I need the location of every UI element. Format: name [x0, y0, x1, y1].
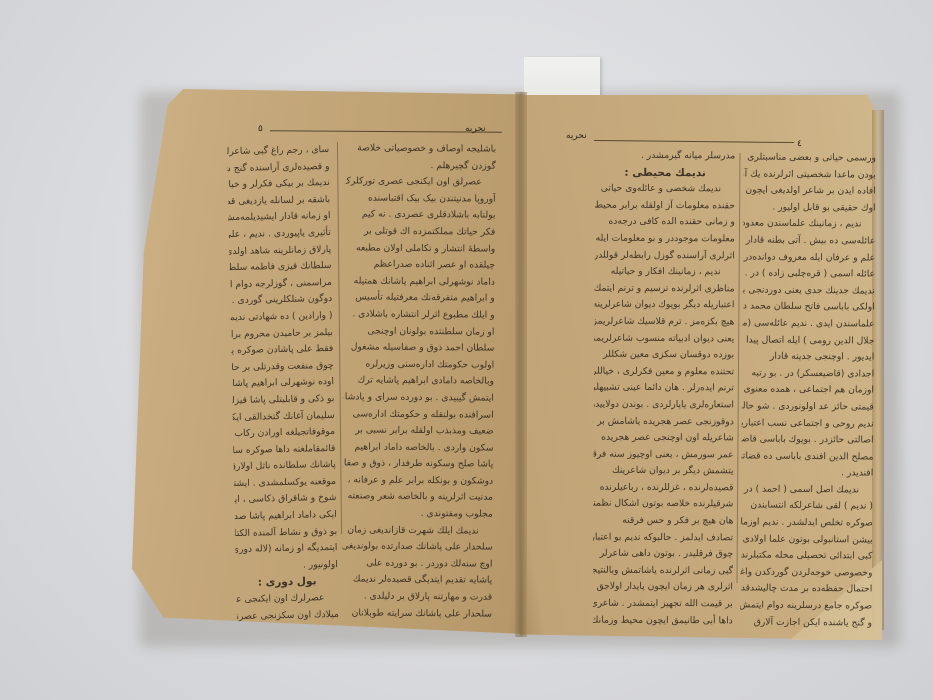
text-line: یتشمش دیگر بر دیوان شاعرینك	[594, 463, 734, 480]
left-page-left-column: سای ، رجم راغ گبی شاعرلرك عزیزیو قصیده‌ل…	[227, 142, 339, 625]
right-running-head: نحریه	[566, 131, 587, 141]
text-line: چیلقده او عصر اثناده صدراعظم	[345, 257, 495, 275]
text-line: علماسندن ایدی . ندیم عائله‌سی (مولانا	[743, 315, 875, 333]
text-line: هیچ بکزه‌مز . ترم قلاسیك شاعرلریمزك ،	[594, 314, 734, 331]
text-line: گوزدن گچیرهلم .	[346, 157, 496, 175]
text-line: سلطان احمد ذوق و صفاسیله مشغول	[344, 339, 494, 357]
text-line: میلادك اون سکزنجی عصرنده اوچنجی	[237, 607, 339, 626]
text-line: افندیدر .	[741, 465, 873, 483]
text-line: پاشا صلح وسکونه طرفدار ، ذوق و صفایه	[343, 456, 493, 474]
text-line: باشلیجه اوصاف و خصوصیاتی خلاصة	[346, 140, 496, 158]
text-line: اثرلری آراسنده گوزل رابطه‌لر قوللدر .	[595, 247, 735, 264]
text-line: ندیم روحی و اجتماعی نسب اعتباریله	[742, 415, 874, 433]
text-line: ایدیور . اوچنجی جدینه قادار	[742, 349, 874, 367]
text-line: مدرسلر میانه گیرمشدر .	[595, 148, 735, 165]
text-line: بوزده دوقسان سكزی معین شکللر	[594, 347, 734, 364]
text-line: صوکره جامع درسلرینه دوام ایتمش	[740, 597, 872, 615]
text-line: سلحدار علی پاشانك صدارتده بولونديغی	[342, 539, 492, 557]
text-line: دوقوزنجی عصر هجریده یاشامش بر دیوان	[594, 413, 734, 430]
text-line: و زمانی حقنده الده کافی درجه‌ده	[595, 214, 735, 231]
text-line: اوك حقیقی بو قابل اولیور .	[744, 199, 876, 217]
text-line: پاشایه تقدیم ایتدیگی قصیده‌لر ندیمك	[342, 572, 492, 590]
text-line: ورسمی حیاتی و بعضی مناسبتلری معلومدر .	[744, 149, 876, 167]
text-line: سلحدار علی پاشانك سرایته طوبلانان	[342, 605, 492, 623]
text-line: بر قیمت الله تجهیز ایتمشدر . شاعری	[593, 596, 733, 613]
text-line: گبی زمانی اثرلرنده یاشاتمش وبالنتیجه	[593, 562, 733, 579]
text-line: شرقیلرنده خلاصه بوتون اشکال نظمنده	[593, 496, 733, 513]
left-running-head: نحریه	[465, 124, 486, 134]
text-line: اولکی باباسی فاتح سلطان محمد دوری	[743, 299, 875, 317]
text-line: داها أبی طانیمق ایچون محیط وزمانك	[593, 612, 733, 629]
text-line: عائله اسمی ( قره‌چلبی زاده ) در .	[743, 266, 875, 284]
text-line: ندیم ، زمانینك افکار و حیاتیله	[595, 264, 735, 281]
text-line: استعاره‌لری یاپارلردی . بوندن دولاییدرکه	[594, 397, 734, 414]
text-line: عمر سورمش ، یعنی اوچیوز سنه فرقیله	[594, 446, 734, 463]
right-page-left-column: مدرسلر میانه گیرمشدر .ندیمك محیطی :ندیمك…	[593, 148, 736, 630]
text-line: مراسمنی ، گوزلرجه دوام ایدن	[230, 275, 332, 294]
text-line: مناظری اثرلرنده ترسیم و ترنم ایتمك	[594, 280, 734, 297]
text-line: ( ندیم ) لقی شاعرلکه انتسابندن	[741, 498, 873, 516]
text-line: اوزمان هم اجتماعی ، همده معنوی	[742, 382, 874, 400]
text-line: ندیم ، زمانینك علماسندن معدوددر	[743, 216, 875, 234]
text-line: ضعیف ومذبذب اولقله برابر نسبی بر	[343, 422, 493, 440]
text-line: اسرافنده بولنقله و حکومتك اداره‌سی	[344, 406, 494, 424]
text-line: واسطهٔ انتشار و تکاملی اولان مطبعه	[345, 240, 495, 258]
photo-scene: ٥ نحریه نحریه ٤ باشلیجه اوصاف و خصوصیاتی…	[0, 0, 933, 700]
text-line: اصالتی حائزدر . بویوك باباسی قاضیعسكر	[741, 432, 873, 450]
text-line: اعتباریله دیگر بویوك دیوان شاعرلرینه	[594, 297, 734, 314]
right-page-right-column: ورسمی حیاتی و بعضی مناسبتلری معلومدر .بو…	[740, 149, 876, 631]
text-line: فکر حیاتك مملکتمزده اك قوتلی بر	[345, 223, 495, 241]
text-line: ندیمك جدینك جدی یعنی دوردنجی بطن	[743, 282, 875, 300]
text-line: وخصوصی خوجه‌لردن گوردکدن واغلب	[740, 564, 872, 582]
text-line: بو ذوق و نشاط آلمنده الکتاف	[235, 524, 337, 543]
text-line: علم و عرفان ایله معروف دوانده‌در .	[743, 249, 875, 267]
text-line: دوشکون و بونکله برابر علم و عرفانه ،	[343, 472, 493, 490]
text-line: ترنم ایده‌رلر . هان دائما عینی تشبیهلری …	[594, 380, 734, 397]
text-line: عائله‌سی ده بیش . آتی بطنه قادار	[743, 232, 875, 250]
text-line: یعنی دیوان ادبیاته منسوب شاعرلریمزك	[594, 330, 734, 347]
text-line: اجدادی (قاضیعسکر) در . بو رتبه	[742, 365, 874, 383]
text-line: اولوب حکومتك اداره‌سنی وزیرلره	[344, 356, 494, 374]
text-line: ایتمش گیبیدی . بو دورده سرای و پادشاه	[344, 389, 494, 407]
text-line: بیشن استانبولی بوتون علما اولادی	[741, 531, 873, 549]
text-line: اولونیور .	[236, 557, 338, 576]
text-line: احتمال حفظه‌ده بر مدت چالیشدقدن	[740, 581, 872, 599]
text-line: کبی ابتدائی تحصیلی محله مکتبلرنده	[740, 548, 872, 566]
text-line: قیمتی حائز عد اولونوردی . شو حالده	[742, 398, 874, 416]
text-line: وبالخاصه دامادی ابراهیم پاشایه ترك	[344, 373, 494, 391]
section-heading: ندیمك محیطی :	[595, 164, 735, 181]
text-line: ندیمك ایلك شهرت قازاندیغی زمان	[343, 522, 493, 540]
book-gutter	[515, 92, 527, 637]
text-line: و ایلك مطبوع اثرلر انتشاره باشلادی .	[345, 306, 495, 324]
text-line: حقنده معلومات آز اولقله برابر محیطی	[595, 197, 735, 214]
left-page-number: ٥	[258, 124, 263, 134]
text-line: سکون واردی . بالخاصه داماد ابراهیم	[343, 439, 493, 457]
text-line: شاعریله اون اوچنجی عصر هجریده	[594, 430, 734, 447]
text-line: صوکره تخلص ایدلشدر . ندیم اوزمان	[741, 514, 873, 532]
text-line: تصادف ایدلمز . حالبوکه ندیم بو اعتباریله	[593, 529, 733, 546]
text-line: ندیمك اصل اسمی ( احمد ) در .	[741, 481, 873, 499]
text-line: تحتنده معلوم و معین فكرلری ، خیاللری	[594, 363, 734, 380]
text-line: بولنابه باشلادقلری عصردی . نه کیم	[345, 207, 495, 225]
text-line: ندیمك شخصی و عائله‌وی حیاتی	[595, 181, 735, 198]
text-line: چوق فرقلیدر . بوتون داهی شاعرلر	[593, 546, 733, 563]
text-line: معلومات موجوددر و بو معلومات ایله شاعرك	[595, 231, 735, 248]
text-line: قصیده‌لرنده ، غزللرنده ، رباعیلرنده	[593, 480, 733, 497]
text-line: او زمان سلطنتده بولونان اوچنجی	[344, 323, 494, 341]
text-line: و ابراهیم متفرقه‌نك معرفتیله تأسیس	[345, 290, 495, 308]
text-line: قدرت و مهارتنه پارلاق بر دلیلدی .	[342, 588, 492, 606]
text-line: مصلح الدین افندی باباسی ده قضاتدن (محمد)	[741, 448, 873, 466]
text-line: اوچ سنه‌لك دوردر . بو دورده علی	[342, 555, 492, 573]
text-line: اثرلری هر زمان ایچون پایدار اولاجق	[593, 579, 733, 596]
text-line: بودن ماعدا شخصیتی اثرلرنده یك آز	[744, 166, 876, 184]
text-line: داماد نوشهرلی ابراهیم پاشانك همتیله	[345, 273, 495, 291]
text-line: مجلوب ومفتوندی .	[343, 505, 493, 523]
text-line: افاده ایدن بر شاعر اولدیغی ایچون	[744, 183, 876, 201]
text-line: جلال الدین رومی ) ایله اتصال پیدا	[742, 332, 874, 350]
left-page-right-column: باشلیجه اوصاف و خصوصیاتی خلاصةگوزدن گچیر…	[342, 140, 496, 623]
text-line: مدنیت اثرلرینه و بالخاصه شعر وصنعته	[343, 489, 493, 507]
text-line: عصرلق اون ایکنجی عصری تورکلرک	[346, 174, 496, 192]
right-page-number: ٤	[797, 139, 802, 149]
text-line: آوروپا مدنیتندن بیک بیک اقتباسنده	[346, 190, 496, 208]
text-line: و گنج یاشنده ایکن اجازت آلارق	[740, 614, 872, 632]
text-line: هان هیچ بر فکر و حس فرقنه	[593, 513, 733, 530]
